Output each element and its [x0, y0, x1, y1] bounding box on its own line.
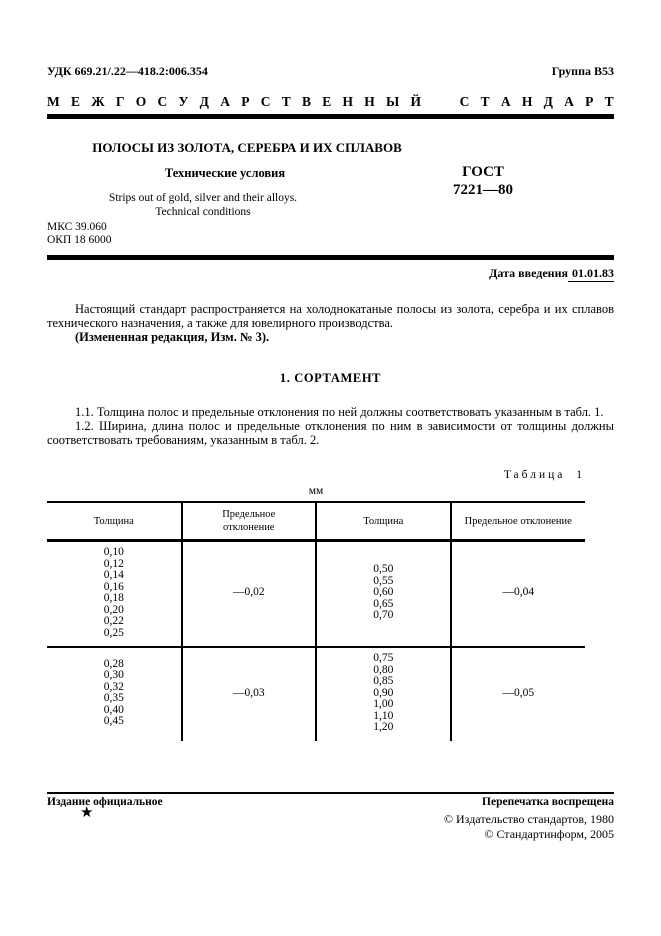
copyright-line2: © Стандартинформ, 2005: [444, 827, 614, 842]
document-page: УДК 669.21/.22—418.2:006.354 Группа В53 …: [0, 0, 661, 936]
thickness-values-cell: 0,28 0,30 0,32 0,35 0,40 0,45: [47, 647, 182, 741]
table-1-caption: Таблица 1: [47, 469, 585, 481]
date-value: 01.01.83: [568, 266, 614, 282]
introduction-date-line: Дата введения01.01.83: [489, 266, 614, 281]
column-header-deviation-2: Предельное отклонение: [451, 502, 586, 541]
classification-row: УДК 669.21/.22—418.2:006.354 Группа В53: [47, 64, 614, 79]
star-icon: ★: [80, 806, 93, 821]
reprint-prohibited-label: Перепечатка воспрещена: [482, 796, 614, 808]
date-label: Дата введения: [489, 266, 568, 280]
table-row: 0,10 0,12 0,14 0,16 0,18 0,20 0,22 0,25 …: [47, 541, 585, 648]
official-edition-label: Издание официальное: [47, 796, 163, 808]
column-header-deviation-1: Предельное отклонение: [182, 502, 317, 541]
thickness-values-cell: 0,75 0,80 0,85 0,90 1,00 1,10 1,20: [316, 647, 451, 741]
scope-paragraph: Настоящий стандарт распространяется на х…: [47, 302, 614, 330]
gost-label: ГОСТ: [413, 163, 553, 181]
mks-code: МКС 39.060: [47, 221, 112, 234]
codes-block: МКС 39.060 ОКП 18 6000: [47, 221, 112, 246]
table-1-unit: мм: [47, 485, 585, 497]
table-1: Толщина Предельное отклонение Толщина Пр…: [47, 501, 585, 741]
table-header-row: Толщина Предельное отклонение Толщина Пр…: [47, 502, 585, 541]
document-subtitle-english: Strips out of gold, silver and their all…: [47, 191, 359, 219]
standard-designation: ГОСТ 7221—80: [413, 163, 553, 199]
deviation-value-cell: —0,05: [451, 647, 586, 741]
footer-rule: [47, 792, 614, 794]
standard-type-banner: МЕЖГОСУДАРСТВЕННЫЙСТАНДАРТ: [47, 95, 614, 109]
column-header-thickness-1: Толщина: [47, 502, 182, 541]
table-row: 0,28 0,30 0,32 0,35 0,40 0,45 —0,03 0,75…: [47, 647, 585, 741]
section-1-body: 1.1. Толщина полос и предельные отклонен…: [47, 405, 614, 447]
copyright-line1: © Издательство стандартов, 1980: [444, 812, 614, 827]
copyright-block: © Издательство стандартов, 1980 © Станда…: [444, 812, 614, 842]
subtitle-english-line2: Technical conditions: [47, 205, 359, 219]
column-header-thickness-2: Толщина: [316, 502, 451, 541]
deviation-value-cell: —0,03: [182, 647, 317, 741]
footer-row: Издание официальное Перепечатка воспреще…: [47, 796, 614, 808]
header-rule: [47, 114, 614, 119]
subtitle-english-line1: Strips out of gold, silver and their all…: [47, 191, 359, 205]
section-1-heading: 1. СОРТАМЕНТ: [47, 371, 614, 386]
udk-code: УДК 669.21/.22—418.2:006.354: [47, 64, 208, 79]
paragraph-1-1: 1.1. Толщина полос и предельные отклонен…: [47, 405, 614, 419]
deviation-value-cell: —0,02: [182, 541, 317, 648]
title-section-rule: [47, 255, 614, 260]
thickness-values-cell: 0,10 0,12 0,14 0,16 0,18 0,20 0,22 0,25: [47, 541, 182, 648]
amendment-note: (Измененная редакция, Изм. № 3).: [47, 330, 614, 344]
intro-block: Настоящий стандарт распространяется на х…: [47, 302, 614, 344]
paragraph-1-2: 1.2. Ширина, длина полос и предельные от…: [47, 419, 614, 447]
okp-code: ОКП 18 6000: [47, 234, 112, 247]
group-code: Группа В53: [552, 64, 614, 79]
thickness-values-cell: 0,50 0,55 0,60 0,65 0,70: [316, 541, 451, 648]
document-title: ПОЛОСЫ ИЗ ЗОЛОТА, СЕРЕБРА И ИХ СПЛАВОВ: [47, 140, 447, 156]
deviation-value-cell: —0,04: [451, 541, 586, 648]
document-subtitle: Технические условия: [47, 166, 403, 181]
gost-number: 7221—80: [413, 181, 553, 199]
